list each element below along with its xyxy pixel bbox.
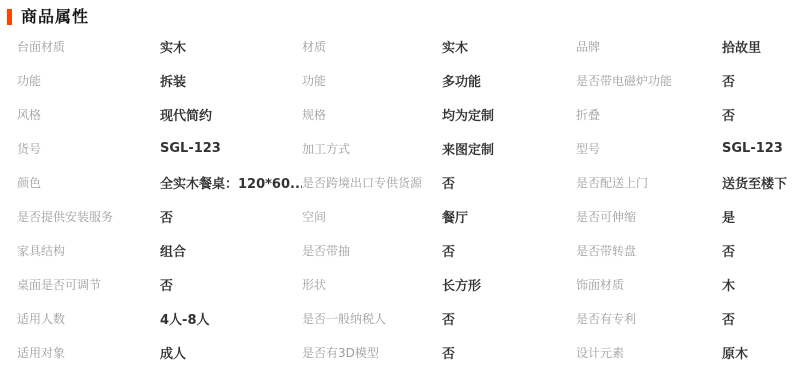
attr-label: 风格 — [17, 106, 160, 123]
attr-value: 否 — [722, 241, 800, 260]
attr-value: 木 — [722, 275, 800, 294]
attr-label: 规格 — [302, 106, 442, 123]
attr-value: 成人 — [160, 343, 302, 362]
attr-value: 否 — [160, 207, 302, 226]
attr-label: 适用人数 — [17, 310, 160, 327]
attr-value: 来图定制 — [442, 139, 576, 158]
attr-label: 是否有3D模型 — [302, 344, 442, 361]
attr-label: 是否提供安装服务 — [17, 208, 160, 225]
attr-label: 加工方式 — [302, 140, 442, 157]
attr-label: 是否带抽 — [302, 242, 442, 259]
attr-value: 实木 — [160, 37, 302, 56]
attr-label: 型号 — [576, 140, 722, 157]
attr-value: 现代简约 — [160, 105, 302, 124]
attr-value: 4人-8人 — [160, 309, 302, 328]
attr-value: 餐厅 — [442, 207, 576, 226]
attr-label: 功能 — [17, 72, 160, 89]
attr-value: 送货至楼下 — [722, 173, 800, 192]
attr-label: 是否一般纳税人 — [302, 310, 442, 327]
section-title: 商品属性 — [21, 8, 89, 25]
attr-label: 货号 — [17, 140, 160, 157]
attr-label: 是否带电磁炉功能 — [576, 72, 722, 89]
attr-value: 否 — [722, 105, 800, 124]
attr-value: 是 — [722, 207, 800, 226]
attr-value: 全实木餐桌：120*60... — [160, 173, 302, 192]
section-accent-bar — [7, 9, 12, 25]
attr-value: 原木 — [722, 343, 800, 362]
attr-value: 否 — [442, 309, 576, 328]
attr-value: 否 — [442, 343, 576, 362]
attr-label: 功能 — [302, 72, 442, 89]
attr-label: 颜色 — [17, 174, 160, 191]
attr-value: 拾故里 — [722, 37, 800, 56]
attr-value: 实木 — [442, 37, 576, 56]
attr-value: 拆装 — [160, 71, 302, 90]
attr-value: 否 — [442, 241, 576, 260]
attr-label: 设计元素 — [576, 344, 722, 361]
attr-label: 家具结构 — [17, 242, 160, 259]
attr-value: 均为定制 — [442, 105, 576, 124]
attr-label: 折叠 — [576, 106, 722, 123]
attr-label: 饰面材质 — [576, 276, 722, 293]
attr-value: SGL-123 — [722, 141, 800, 156]
attr-label: 是否跨境出口专供货源 — [302, 174, 442, 191]
attr-label: 台面材质 — [17, 38, 160, 55]
attr-value: 长方形 — [442, 275, 576, 294]
attr-label: 形状 — [302, 276, 442, 293]
attr-label: 品牌 — [576, 38, 722, 55]
attr-label: 是否有专利 — [576, 310, 722, 327]
attr-label: 适用对象 — [17, 344, 160, 361]
attr-value: 否 — [160, 275, 302, 294]
attr-value: 多功能 — [442, 71, 576, 90]
attr-value: 组合 — [160, 241, 302, 260]
product-attributes-panel: 商品属性 台面材质 实木 材质 实木 品牌 拾故里 功能 拆装 功能 多功能 是… — [0, 0, 800, 382]
attr-label: 是否带转盘 — [576, 242, 722, 259]
attributes-table: 台面材质 实木 材质 实木 品牌 拾故里 功能 拆装 功能 多功能 是否带电磁炉… — [0, 29, 800, 369]
attr-value: 否 — [722, 71, 800, 90]
attr-label: 是否可伸缩 — [576, 208, 722, 225]
attr-label: 材质 — [302, 38, 442, 55]
attr-value: SGL-123 — [160, 141, 302, 156]
attr-label: 桌面是否可调节 — [17, 276, 160, 293]
attr-value: 否 — [442, 173, 576, 192]
attr-value: 否 — [722, 309, 800, 328]
attr-label: 是否配送上门 — [576, 174, 722, 191]
attr-label: 空间 — [302, 208, 442, 225]
section-header: 商品属性 — [0, 0, 800, 25]
